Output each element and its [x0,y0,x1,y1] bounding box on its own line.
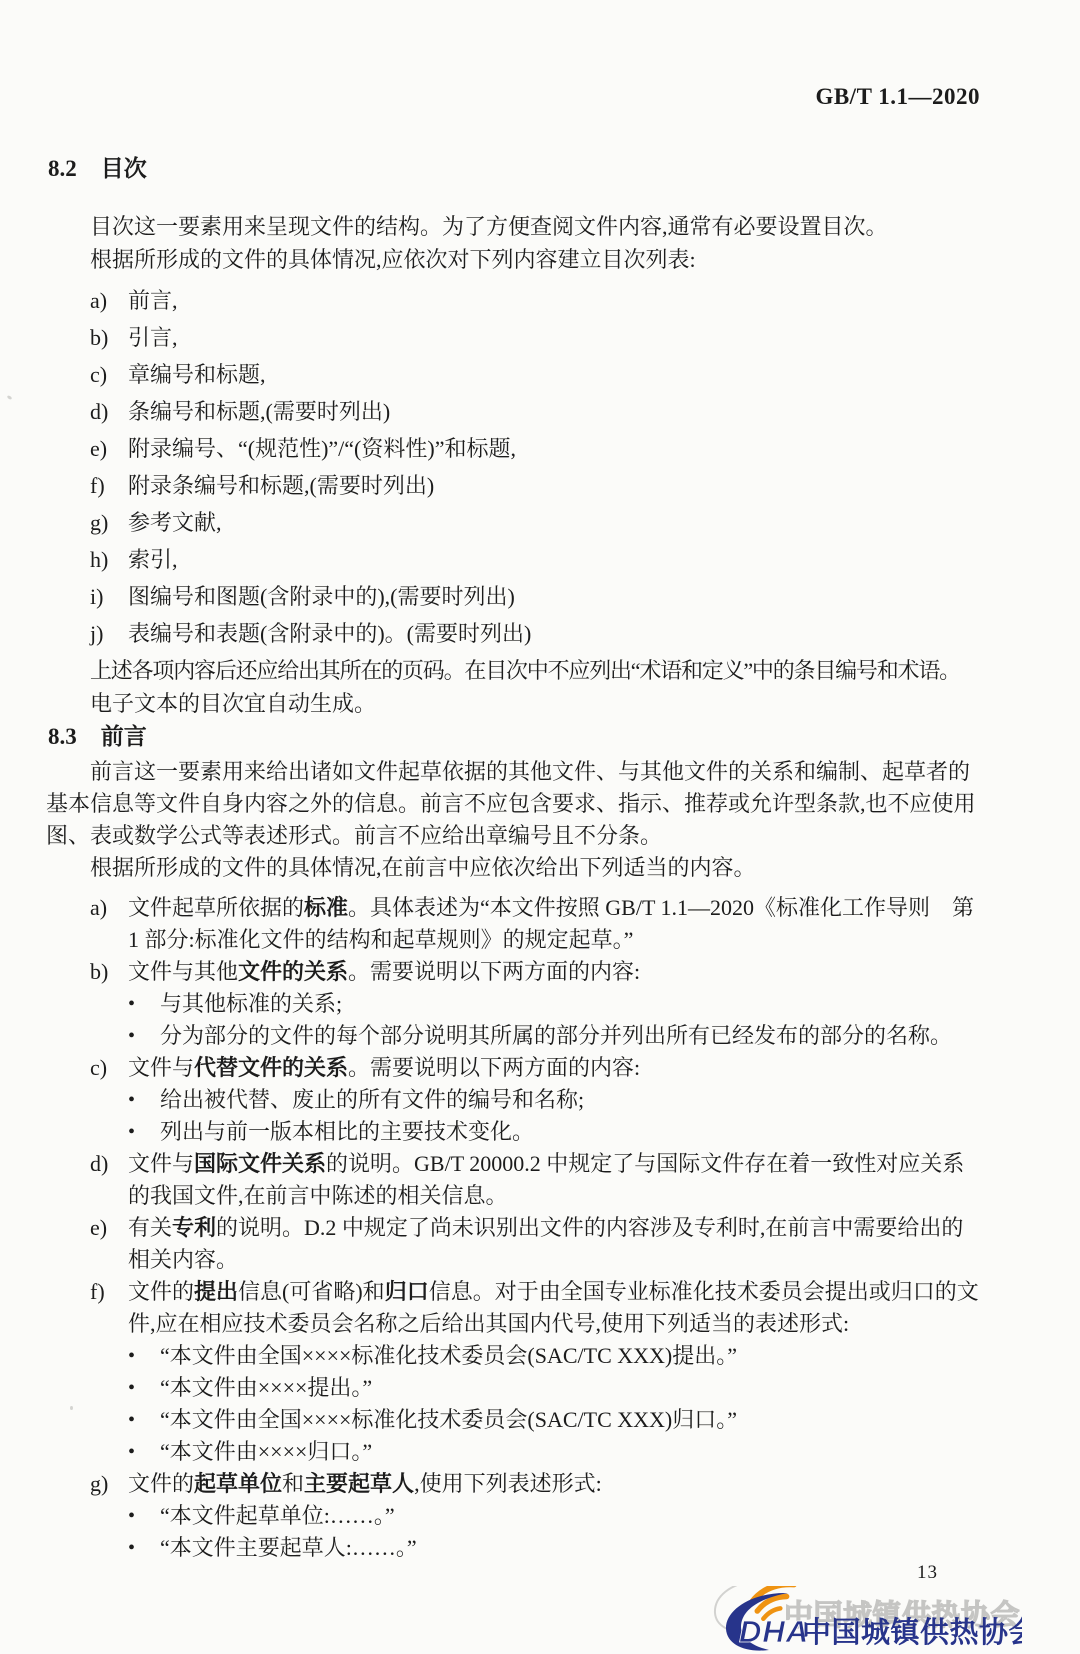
list-item-text: 章编号和标题, [128,358,980,391]
list-item-text: 文件与代替文件的关系。需要说明以下两方面的内容: [128,1052,980,1084]
scan-artifact [70,1406,73,1410]
list-item-letter: f) [90,469,128,502]
paragraph: 根据所形成的文件的具体情况,应依次对下列内容建立目次列表: [46,243,980,276]
list-item: j)表编号和表题(含附录中的)。(需要时列出) [46,617,980,650]
list-item: d)条编号和标题,(需要时列出) [46,395,980,428]
list-item-letter: e) [90,1212,128,1276]
bold-text-segment: 起草单位 [194,1471,282,1496]
list-item-letter: b) [90,321,128,354]
bullet-text: 分为部分的文件的每个部分说明其所属的部分并列出所有已经发布的部分的名称。 [160,1020,952,1052]
paragraph: 上述各项内容后还应给出其所在的页码。在目次中不应列出“术语和定义”中的条目编号和… [46,654,980,687]
section-8-3: 8.3 前言 前言这一要素用来给出诸如文件起草依据的其他文件、与其他文件的关系和… [46,722,980,1564]
list-item-text: 前言, [128,284,980,317]
list-item: d)文件与国际文件关系的说明。GB/T 20000.2 中规定了与国际文件存在着… [46,1148,980,1212]
bullet-text: 给出被代替、废止的所有文件的编号和名称; [160,1084,584,1116]
text-segment: 有关 [128,1215,172,1240]
list-item: h)索引, [46,543,980,576]
text-segment: 文件起草所依据的 [128,895,304,920]
bullet-glyph: • [128,1116,160,1148]
section-number: 8.3 [48,722,77,752]
list-item: g)文件的起草单位和主要起草人,使用下列表述形式: [46,1468,980,1500]
paragraph: 前言这一要素用来给出诸如文件起草依据的其他文件、与其他文件的关系和编制、起草者的… [46,756,980,852]
section-title: 前言 [101,722,147,752]
bullet-glyph: • [128,1340,160,1372]
text-segment: 的说明。D.2 中规定了尚未识别出文件的内容涉及专利时,在前言中需要给出的相关内… [128,1215,963,1272]
document-page: GB/T 1.1—2020 8.2 目次 目次这一要素用来呈现文件的结构。为了方… [0,0,1080,1654]
bullet-text: “本文件主要起草人:……。” [160,1532,417,1564]
section-8-3-heading: 8.3 前言 [48,722,980,752]
list-item-text: 条编号和标题,(需要时列出) [128,395,980,428]
list-item-letter: c) [90,1052,128,1084]
list-item: f)附录条编号和标题,(需要时列出) [46,469,980,502]
bullet-text: 列出与前一版本相比的主要技术变化。 [160,1116,534,1148]
bullet-text: “本文件起草单位:……。” [160,1500,395,1532]
list-item-text: 文件的起草单位和主要起草人,使用下列表述形式: [128,1468,980,1500]
bold-text-segment: 提出 [194,1279,238,1304]
bullet-item: •列出与前一版本相比的主要技术变化。 [46,1116,980,1148]
doc-number: GB/T 1.1—2020 [46,84,980,110]
text-segment: 信息(可省略)和 [238,1279,385,1304]
list-item-letter: g) [90,1468,128,1500]
list-item: i)图编号和图题(含附录中的),(需要时列出) [46,580,980,613]
bullet-text: “本文件由全国××××标准化技术委员会(SAC/TC XXX)归口。” [160,1404,737,1436]
list-item: e)有关专利的说明。D.2 中规定了尚未识别出文件的内容涉及专利时,在前言中需要… [46,1212,980,1276]
bullet-item: •“本文件由全国××××标准化技术委员会(SAC/TC XXX)提出。” [46,1340,980,1372]
text-segment: 文件的 [128,1471,194,1496]
section-8-2: 8.2 目次 目次这一要素用来呈现文件的结构。为了方便查阅文件内容,通常有必要设… [46,154,980,720]
list-item: a)文件起草所依据的标准。具体表述为“本文件按照 GB/T 1.1—2020《标… [46,892,980,956]
bold-text-segment: 归口 [385,1279,429,1304]
list-item-letter: g) [90,506,128,539]
bullet-text: “本文件由××××提出。” [160,1372,372,1404]
section-8-2-heading: 8.2 目次 [48,154,980,184]
list-item-text: 参考文献, [128,506,980,539]
bullet-glyph: • [128,1532,160,1564]
list-item-letter: c) [90,358,128,391]
bullet-item: •给出被代替、废止的所有文件的编号和名称; [46,1084,980,1116]
bullet-item: •“本文件由全国××××标准化技术委员会(SAC/TC XXX)归口。” [46,1404,980,1436]
list-item: g)参考文献, [46,506,980,539]
list-item: b)引言, [46,321,980,354]
list-item-text: 文件起草所依据的标准。具体表述为“本文件按照 GB/T 1.1—2020《标准化… [128,892,980,956]
text-segment: 。需要说明以下两方面的内容: [348,959,640,984]
text-segment: 文件与其他 [128,959,238,984]
bullet-text: “本文件由××××归口。” [160,1436,372,1468]
section-number: 8.2 [48,154,77,184]
list-item-letter: d) [90,395,128,428]
list-item: b)文件与其他文件的关系。需要说明以下两方面的内容: [46,956,980,988]
list-item-letter: e) [90,432,128,465]
list-item-letter: b) [90,956,128,988]
list-item-letter: j) [90,617,128,650]
bold-text-segment: 国际文件关系 [194,1151,326,1176]
text-segment: 。需要说明以下两方面的内容: [348,1055,640,1080]
list-item-text: 文件与国际文件关系的说明。GB/T 20000.2 中规定了与国际文件存在着一致… [128,1148,980,1212]
text-segment: 文件与 [128,1151,194,1176]
bullet-glyph: • [128,1372,160,1404]
list-item: a)前言, [46,284,980,317]
list-item: c)文件与代替文件的关系。需要说明以下两方面的内容: [46,1052,980,1084]
section-title: 目次 [101,154,147,184]
list-item-letter: a) [90,892,128,956]
text-segment: 和 [282,1471,304,1496]
lettered-list: a)文件起草所依据的标准。具体表述为“本文件按照 GB/T 1.1—2020《标… [46,892,980,1564]
bullet-text: 与其他标准的关系; [160,988,342,1020]
bullet-item: •“本文件起草单位:……。” [46,1500,980,1532]
list-item: f)文件的提出信息(可省略)和归口信息。对于由全国专业标准化技术委员会提出或归口… [46,1276,980,1340]
list-item-text: 附录编号、“(规范性)”/“(资料性)”和标题, [128,432,980,465]
paragraph: 根据所形成的文件的具体情况,在前言中应依次给出下列适当的内容。 [46,852,980,884]
logo-abbr: DHA [739,1614,809,1649]
bold-text-segment: 代替文件的关系 [194,1055,348,1080]
bullet-glyph: • [128,1404,160,1436]
list-item-text: 表编号和表题(含附录中的)。(需要时列出) [128,617,980,650]
lettered-list: a)前言, b)引言, c)章编号和标题, d)条编号和标题,(需要时列出) e… [46,284,980,650]
list-item: c)章编号和标题, [46,358,980,391]
list-item-text: 附录条编号和标题,(需要时列出) [128,469,980,502]
bold-text-segment: 标准 [304,895,348,920]
bullet-item: •“本文件主要起草人:……。” [46,1532,980,1564]
list-item-letter: d) [90,1148,128,1212]
page-content: GB/T 1.1—2020 8.2 目次 目次这一要素用来呈现文件的结构。为了方… [0,0,1080,1564]
list-item: e)附录编号、“(规范性)”/“(资料性)”和标题, [46,432,980,465]
logo-name: 中国城镇供热协会 [802,1615,1022,1649]
bullet-item: •“本文件由××××归口。” [46,1436,980,1468]
bullet-glyph: • [128,1084,160,1116]
paragraph: 电子文本的目次宜自动生成。 [46,687,980,720]
bullet-glyph: • [128,1020,160,1052]
bullet-text: “本文件由全国××××标准化技术委员会(SAC/TC XXX)提出。” [160,1340,737,1372]
list-item-letter: a) [90,284,128,317]
paragraph: 目次这一要素用来呈现文件的结构。为了方便查阅文件内容,通常有必要设置目次。 [46,210,980,243]
cdha-logo: 中国城镇供热协会 DHA 中国城镇供热协会 [712,1586,1022,1654]
bullet-item: •“本文件由××××提出。” [46,1372,980,1404]
bold-text-segment: 文件的关系 [238,959,348,984]
list-item-text: 索引, [128,543,980,576]
page-number: 13 [917,1562,938,1584]
bullet-glyph: • [128,1436,160,1468]
list-item-letter: f) [90,1276,128,1340]
text-segment: ,使用下列表述形式: [414,1471,602,1496]
list-item-text: 有关专利的说明。D.2 中规定了尚未识别出文件的内容涉及专利时,在前言中需要给出… [128,1212,980,1276]
list-item-text: 文件与其他文件的关系。需要说明以下两方面的内容: [128,956,980,988]
list-item-text: 图编号和图题(含附录中的),(需要时列出) [128,580,980,613]
bold-text-segment: 专利 [172,1215,216,1240]
bullet-glyph: • [128,1500,160,1532]
list-item-text: 引言, [128,321,980,354]
text-segment: 文件的 [128,1279,194,1304]
bold-text-segment: 主要起草人 [304,1471,414,1496]
bullet-glyph: • [128,988,160,1020]
bullet-item: •与其他标准的关系; [46,988,980,1020]
bullet-item: •分为部分的文件的每个部分说明其所属的部分并列出所有已经发布的部分的名称。 [46,1020,980,1052]
text-segment: 文件与 [128,1055,194,1080]
list-item-text: 文件的提出信息(可省略)和归口信息。对于由全国专业标准化技术委员会提出或归口的文… [128,1276,980,1340]
list-item-letter: h) [90,543,128,576]
list-item-letter: i) [90,580,128,613]
